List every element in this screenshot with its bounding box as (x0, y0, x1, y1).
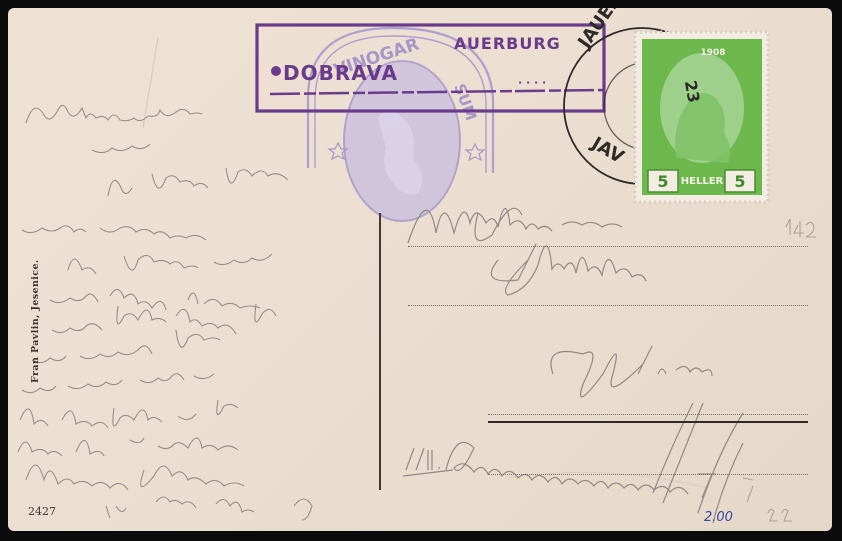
cancellation-town-german: AUERBURG (454, 34, 561, 53)
address-underline (488, 421, 808, 423)
card-number: 2427 (28, 505, 56, 518)
stamp-value-left: 5 (648, 172, 678, 191)
stamp-denomination: HELLER (679, 176, 725, 187)
postcard: VINOGAR SUM (8, 8, 832, 531)
address-line-3 (488, 414, 808, 415)
oval-cachet: VINOGAR SUM (308, 28, 493, 221)
publisher-imprint: Fran Pavlin, Jesenice. (30, 259, 41, 383)
price-annotation: 2.00 (704, 510, 733, 525)
address-line-4 (488, 474, 808, 475)
stamp-year: 1908 (668, 48, 758, 58)
stamp-value-right: 5 (725, 172, 755, 191)
cancellation-town: DOBRAVA (283, 61, 398, 85)
address-line-1 (408, 246, 808, 247)
postcard-markings: VINOGAR SUM (8, 8, 832, 531)
cancellation-date: · · · · (518, 76, 546, 89)
postmark-date: 23 (681, 79, 704, 104)
message-handwriting (18, 105, 312, 520)
address-line-2 (408, 305, 808, 306)
divider-line (379, 213, 381, 490)
address-handwriting (403, 208, 743, 523)
